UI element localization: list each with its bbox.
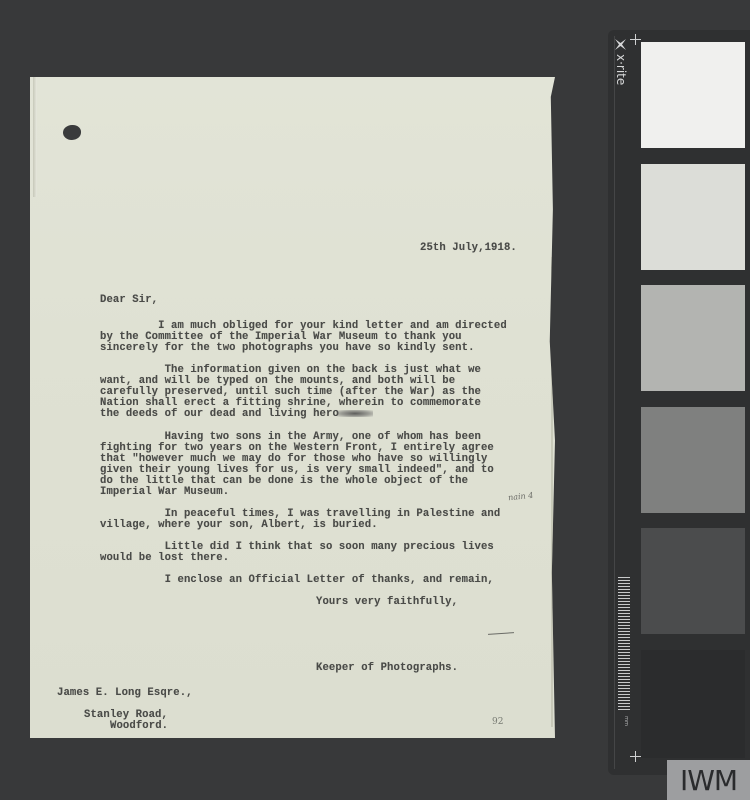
recipient-address-line-1: Stanley Road, [84,710,168,721]
paragraph-5-line-1: Little did I think that so soon many pre… [100,542,494,553]
color-checker-card: x·rite mm [608,30,750,775]
paper-fold [33,77,37,197]
paragraph-5-line-2: would be lost there. [100,553,229,564]
brand-label: x·rite [614,54,628,85]
gray-patch-2 [641,164,745,270]
paragraph-1-line-1: I am much obliged for your kind letter a… [100,321,507,332]
paper-edge [551,257,553,727]
paragraph-3-line-3: that "however much we may do for those w… [100,454,487,465]
mm-ruler [618,577,630,712]
paragraph-3-line-5: do the little that can be done is the wh… [100,476,468,487]
pen-mark [488,632,514,635]
handwritten-margin-note: nain 4 [508,491,534,503]
paragraph-4-line-2: village, where your son, Albert, is buri… [100,520,378,531]
crosshair-bottom-icon [630,751,641,762]
punch-hole [63,125,81,140]
card-edge-line [614,36,615,769]
paragraph-2-line-2: want, and will be typed on the mounts, a… [100,376,455,387]
page-number: 92 [492,717,503,727]
gray-patch-3 [641,285,745,391]
paragraph-2-line-4: Nation shall erect a fitting shrine, whe… [100,398,481,409]
paragraph-1-line-3: sincerely for the two photographs you ha… [100,343,475,354]
signatory-title: Keeper of Photographs. [316,663,458,674]
letter-salutation: Dear Sir, [100,295,158,306]
paragraph-3-line-4: given their young lives for us, is very … [100,465,494,476]
letter-page: 25th July,1918. Dear Sir, I am much obli… [30,77,555,738]
gray-patch-5 [641,528,745,634]
paragraph-3-line-1: Having two sons in the Army, one of whom… [100,432,481,443]
recipient-address-line-2: Woodford. [110,721,168,732]
paragraph-3-line-6: Imperial War Museum. [100,487,229,498]
gray-patch-1 [641,42,745,148]
paragraph-4-line-1: In peaceful times, I was travelling in P… [100,509,500,520]
letter-closing: Yours very faithfully, [316,597,458,608]
gray-patch-6 [641,650,745,758]
letter-date: 25th July,1918. [420,243,517,254]
gray-patch-4 [641,407,745,513]
paragraph-2-line-1: The information given on the back is jus… [100,365,481,376]
ruler-unit-label: mm [623,716,629,726]
paragraph-2-line-3: carefully preserved, until such time (af… [100,387,481,398]
paragraph-2-line-5: the deeds of our dead and living hero [100,409,373,420]
paragraph-6-line-1: I enclose an Official Letter of thanks, … [100,575,494,586]
xrite-logo-icon [615,39,626,50]
ink-smudge [337,410,373,417]
paragraph-1-line-2: by the Committee of the Imperial War Mus… [100,332,462,343]
crosshair-top-icon [630,34,641,45]
paragraph-2-line-5-text: the deeds of our dead and living hero [100,408,339,420]
recipient-name: James E. Long Esqre., [57,688,193,699]
paragraph-3-line-2: fighting for two years on the Western Fr… [100,443,494,454]
iwm-watermark: IWM [667,760,750,800]
